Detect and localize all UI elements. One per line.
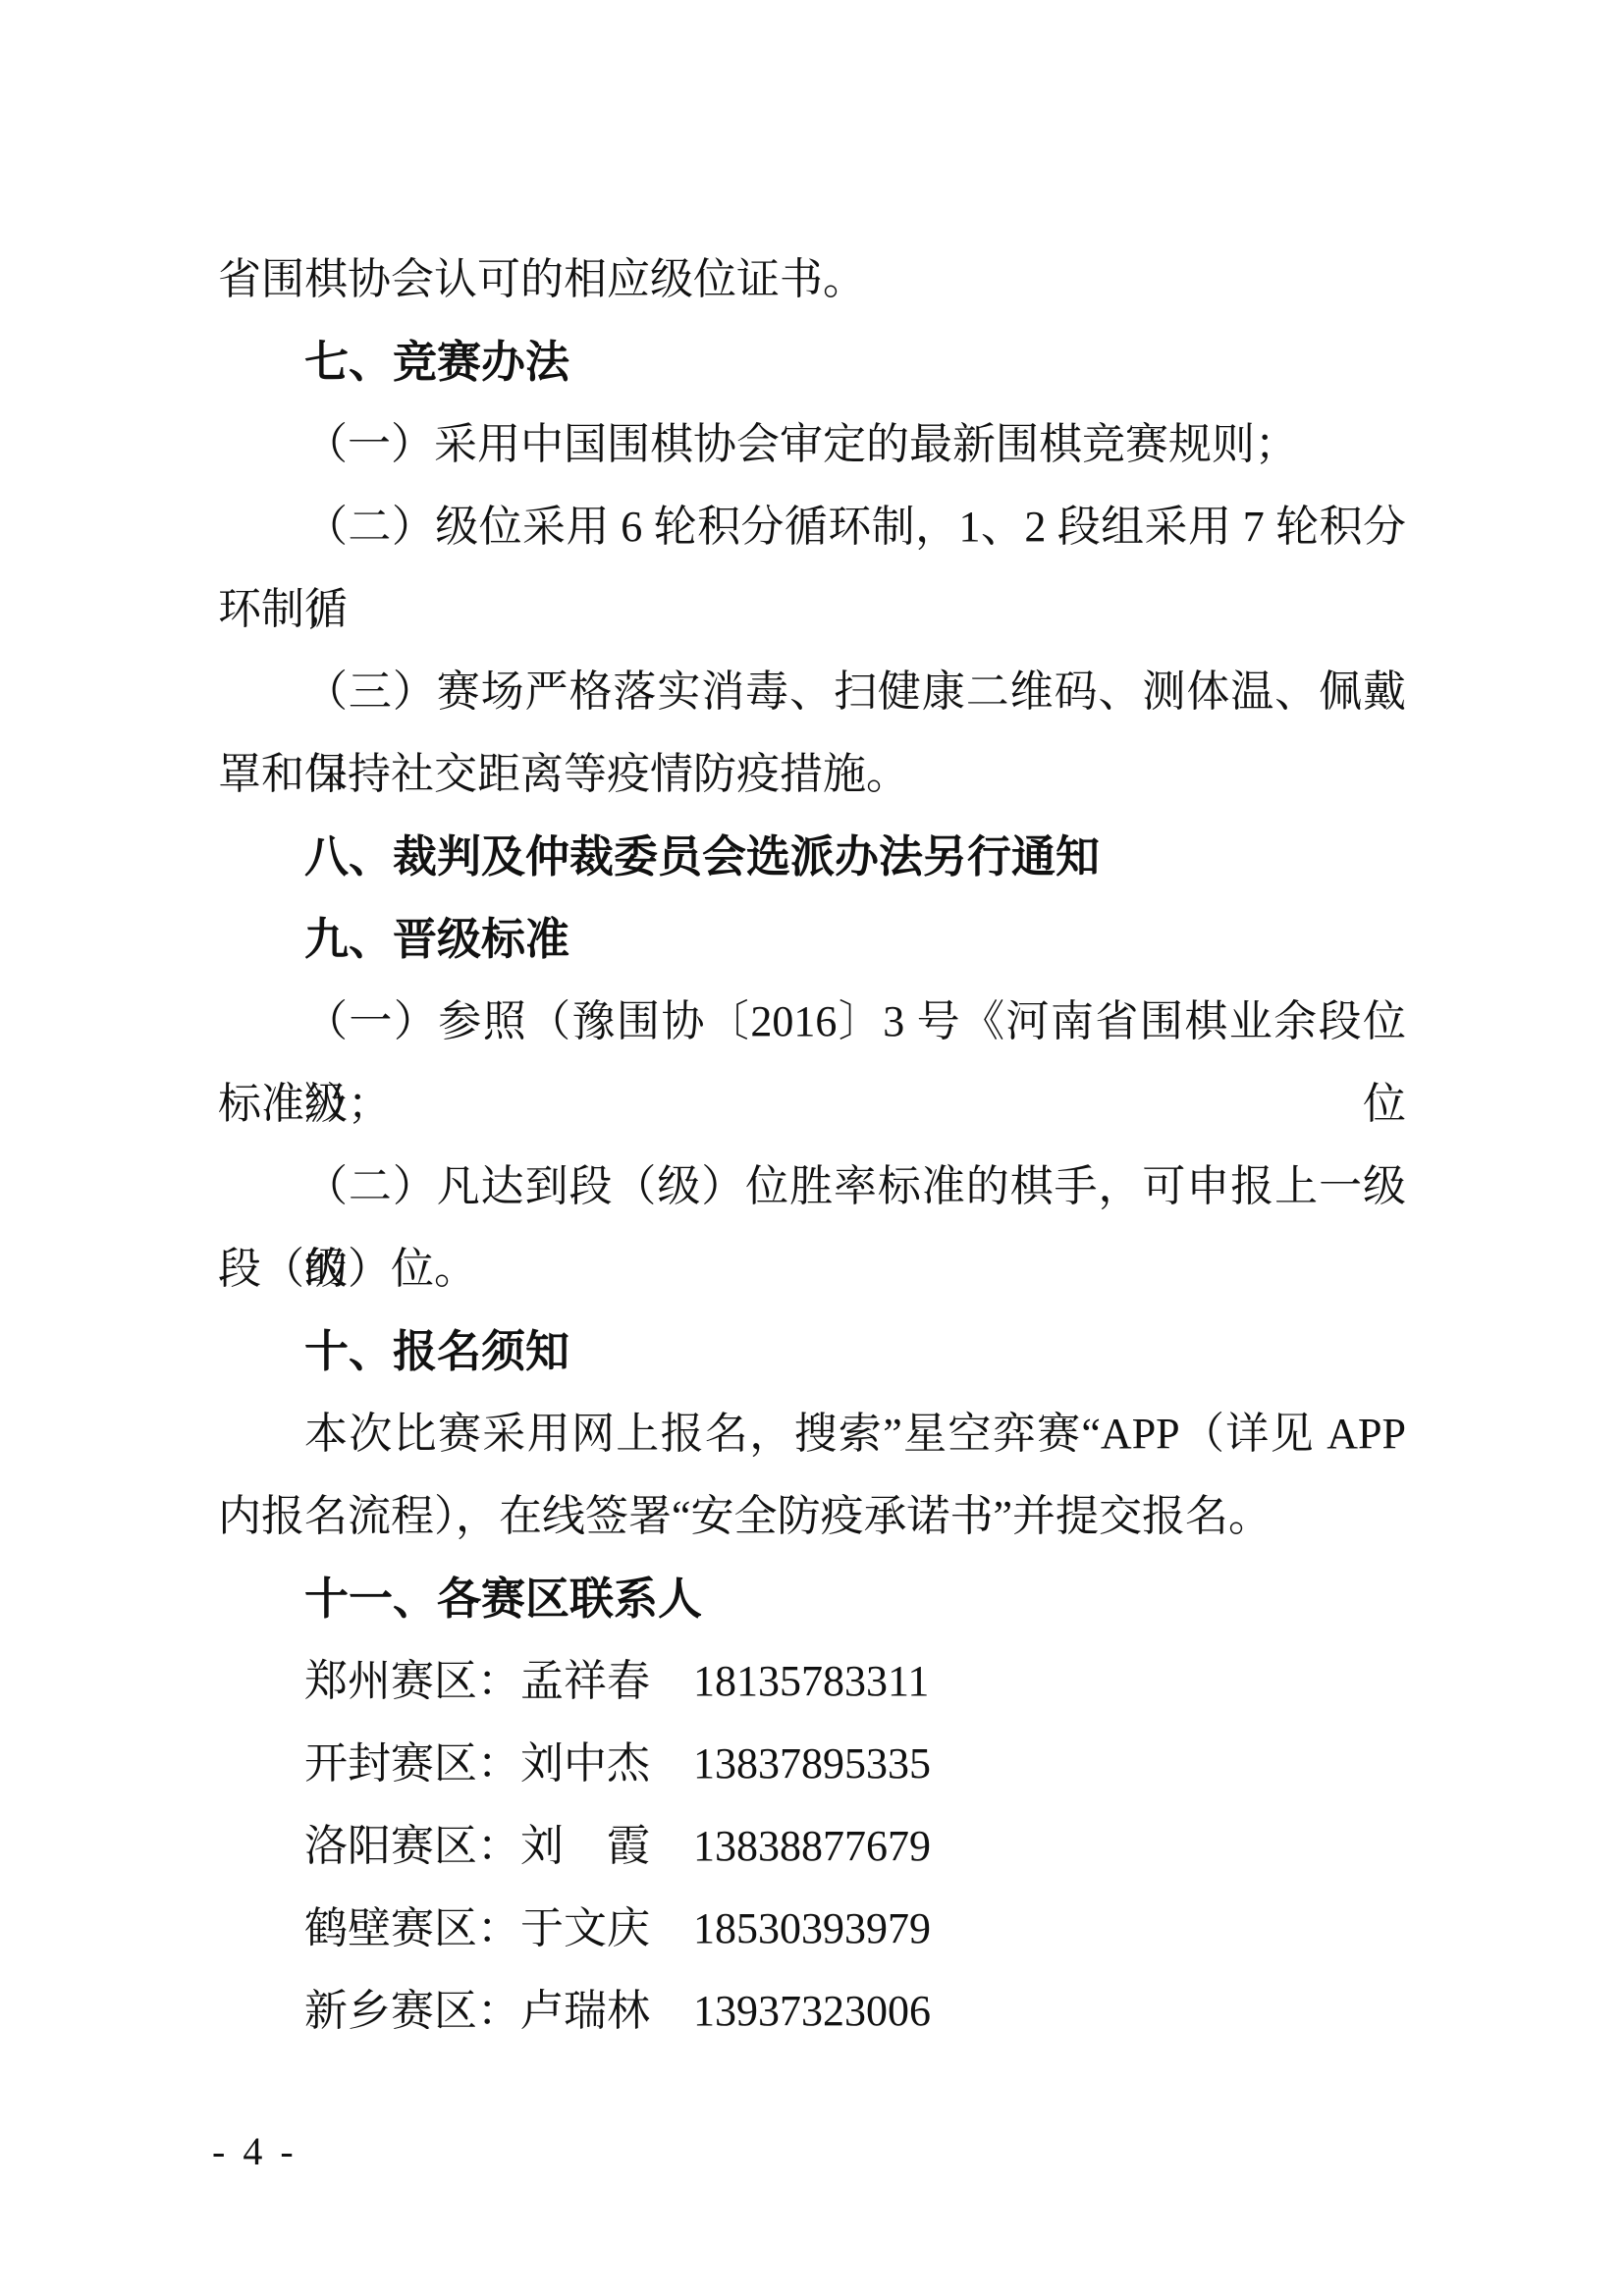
- doc-line: 环制；: [218, 568, 1406, 651]
- doc-line: 段（级）位。: [218, 1228, 1406, 1310]
- doc-line: （一）采用中国围棋协会审定的最新围棋竞赛规则；: [218, 403, 1406, 486]
- section-heading-8: 八、裁判及仲裁委员会选派办法另行通知: [218, 816, 1406, 898]
- contact-line-zhengzhou: 郑州赛区：孟祥春 18135783311: [218, 1640, 1406, 1723]
- section-heading-7: 七、竞赛办法: [218, 321, 1406, 403]
- contact-line-hebi: 鹤壁赛区：于文庆 18530393979: [218, 1888, 1406, 1970]
- contact-line-xinxiang: 新乡赛区：卢瑞林 13937323006: [218, 1970, 1406, 2053]
- doc-line: （一）参照（豫围协〔2016〕3 号《河南省围棋业余段位级位: [218, 981, 1406, 1063]
- doc-line: 罩和保持社交距离等疫情防疫措施。: [218, 733, 1406, 816]
- contact-line-luoyang: 洛阳赛区：刘 霞 13838877679: [218, 1805, 1406, 1888]
- document-page: 省围棋协会认可的相应级位证书。 七、竞赛办法 （一）采用中国围棋协会审定的最新围…: [0, 0, 1624, 2296]
- section-heading-11: 十一、各赛区联系人: [218, 1558, 1406, 1640]
- section-heading-9: 九、晋级标准: [218, 898, 1406, 981]
- doc-line: （二）级位采用 6 轮积分循环制，1、2 段组采用 7 轮积分循: [218, 486, 1406, 568]
- doc-line: （三）赛场严格落实消毒、扫健康二维码、测体温、佩戴口: [218, 651, 1406, 733]
- doc-line: （二）凡达到段（级）位胜率标准的棋手，可申报上一级的: [218, 1146, 1406, 1228]
- page-number: - 4 -: [212, 2122, 298, 2181]
- paragraph-continuation: 省围棋协会认可的相应级位证书。: [218, 239, 1406, 321]
- doc-line: 本次比赛采用网上报名，搜索”星空弈赛“APP（详见 APP: [218, 1393, 1406, 1475]
- document-body: 省围棋协会认可的相应级位证书。 七、竞赛办法 （一）采用中国围棋协会审定的最新围…: [218, 239, 1406, 2053]
- contact-line-kaifeng: 开封赛区：刘中杰 13837895335: [218, 1723, 1406, 1805]
- section-heading-10: 十、报名须知: [218, 1310, 1406, 1393]
- doc-line: 内报名流程），在线签署“安全防疫承诺书”并提交报名。: [218, 1475, 1406, 1558]
